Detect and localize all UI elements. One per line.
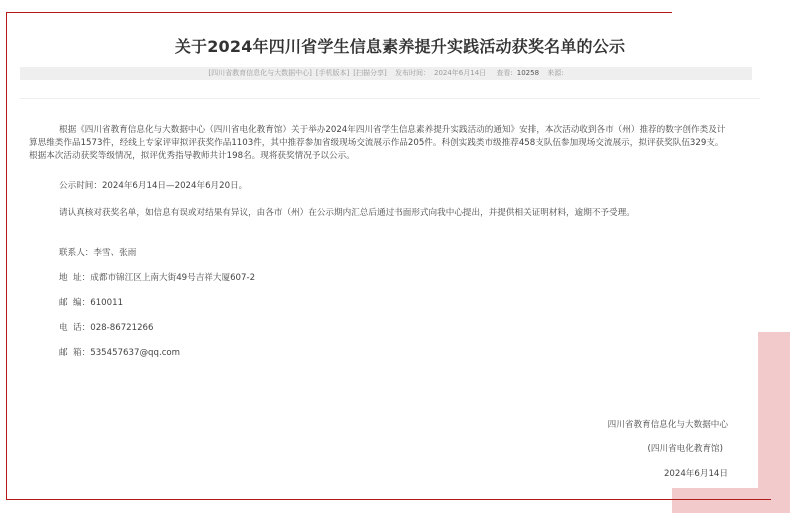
contact-value: 028-86721266 — [90, 323, 153, 333]
article-body-paragraph-3: 请认真核对获奖名单，如信息有误或对结果有异议，由各市（州）在公示期内汇总后通过书… — [29, 207, 729, 220]
contact-postcode: 邮 编：610011 — [59, 296, 123, 308]
frame-bottom-border — [6, 499, 771, 500]
article-title: 关于2024年四川省学生信息素养提升实践活动获奖名单的公示 — [20, 34, 780, 57]
contact-label: 地 址： — [59, 273, 90, 283]
publish-time: 发布时间：2024年6月14日 — [393, 69, 488, 77]
contact-label: 邮 编： — [59, 298, 90, 308]
source-link[interactable]: [四川省教育信息化与大数据中心] — [208, 69, 311, 77]
paragraph-text: 公示时间：2024年6月14日—2024年6月20日。 — [29, 180, 729, 193]
contact-address: 地 址：成都市锦江区上南大街49号吉祥大厦607-2 — [59, 271, 255, 283]
contact-phone: 电 话：028-86721266 — [59, 321, 154, 333]
publish-date: 2024年6月14日 — [434, 69, 486, 77]
title-divider — [20, 98, 760, 99]
page: 关于2024年四川省学生信息素养提升实践活动获奖名单的公示 [四川省教育信息化与… — [0, 0, 795, 513]
article-meta-bar: [四川省教育信息化与大数据中心][手机版本][扫描分享] 发布时间：2024年6… — [20, 67, 752, 80]
contact-value: 535457637@qq.com — [90, 348, 180, 358]
scan-share-link[interactable]: [扫描分享] — [353, 69, 386, 77]
publish-label: 发布时间： — [395, 69, 430, 77]
contact-value: 李雪、张雨 — [93, 248, 136, 258]
mobile-version-link[interactable]: [手机版本] — [316, 69, 349, 77]
paragraph-text: 根据《四川省教育信息化与大数据中心（四川省电化教育馆）关于举办2024年四川省学… — [29, 124, 729, 163]
contact-label: 联系人： — [59, 248, 93, 258]
views-label: 查看: — [496, 69, 512, 77]
signature-org: 四川省教育信息化与大数据中心 — [608, 418, 728, 430]
view-count: 查看:10258 — [494, 69, 541, 77]
frame-top-border — [6, 12, 672, 13]
signature-date: 2024年6月14日 — [664, 467, 728, 479]
article-body-paragraph-1: 根据《四川省教育信息化与大数据中心（四川省电化教育馆）关于举办2024年四川省学… — [29, 124, 729, 163]
contact-value: 成都市锦江区上南大街49号吉祥大厦607-2 — [90, 273, 255, 283]
contact-label: 电 话： — [59, 323, 90, 333]
signature-org-alias: (四川省电化教育馆) — [648, 442, 723, 454]
article-body-paragraph-2: 公示时间：2024年6月14日—2024年6月20日。 — [29, 180, 729, 193]
paragraph-text: 请认真核对获奖名单，如信息有误或对结果有异议，由各市（州）在公示期内汇总后通过书… — [29, 207, 729, 220]
origin-label: 来源: — [547, 69, 563, 77]
contact-value: 610011 — [90, 298, 123, 308]
contact-label: 邮 箱： — [59, 348, 90, 358]
views-value: 10258 — [517, 69, 539, 77]
frame-left-border — [6, 12, 7, 500]
contact-person: 联系人：李雪、张雨 — [59, 246, 136, 258]
decor-pink-horizontal — [672, 488, 790, 513]
contact-email: 邮 箱：535457637@qq.com — [59, 346, 180, 358]
decor-pink-vertical — [758, 332, 790, 513]
